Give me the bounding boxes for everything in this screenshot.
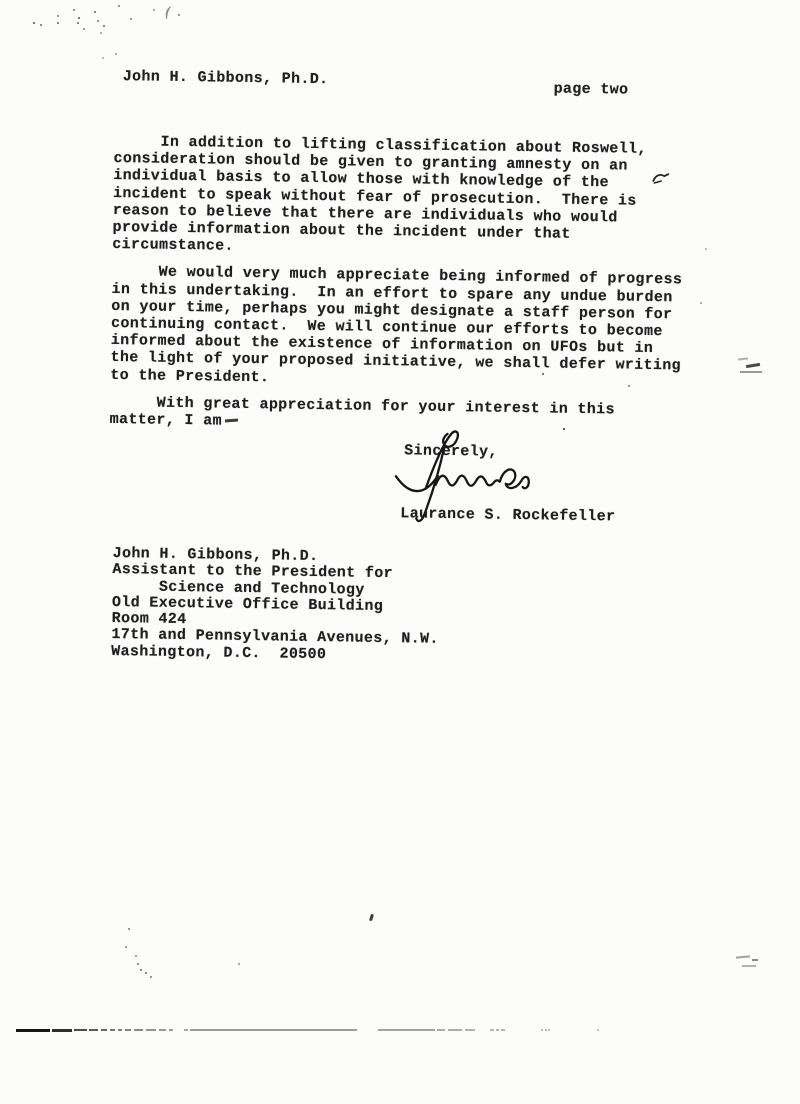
scan-line-segment (501, 1029, 505, 1031)
scan-line-segment (548, 1029, 550, 1031)
right-edge-mark (736, 955, 750, 958)
right-edge-mark (742, 965, 756, 967)
scan-line-segment (465, 1029, 475, 1031)
scan-line-segment (159, 1029, 166, 1031)
letter-content: John H. Gibbons, Ph.D. page two In addit… (108, 60, 778, 770)
scan-line-segment (597, 1029, 599, 1031)
scan-line-segment (541, 1029, 543, 1031)
scan-line-segment (110, 1029, 115, 1031)
scanned-letter-page: John H. Gibbons, Ph.D. page two In addit… (0, 0, 800, 1104)
scan-artifact-bottom-line (16, 1029, 616, 1035)
stray-apostrophe-mark (369, 914, 374, 922)
scan-line-segment (545, 1029, 547, 1031)
signatory-name: Laurance S. Rockefeller (400, 505, 615, 525)
scan-line-segment (89, 1029, 98, 1031)
scan-line-segment (101, 1029, 107, 1031)
scan-line-segment (437, 1029, 445, 1031)
paragraph: In addition to lifting classification ab… (112, 133, 714, 262)
letter-body: In addition to lifting classification ab… (110, 133, 714, 437)
recipient-address-block: John H. Gibbons, Ph.D.Assistant to the P… (111, 546, 513, 666)
scan-line-segment (146, 1029, 156, 1031)
scan-line-segment (378, 1029, 435, 1031)
scan-line-segment (184, 1029, 188, 1031)
scan-noise-speckles (0, 0, 2, 2)
header-page-number: page two (553, 80, 628, 98)
scan-line-segment (169, 1029, 173, 1031)
scan-line-segment (448, 1029, 462, 1031)
scan-line-segment (16, 1029, 50, 1032)
scan-noise-squiggle (164, 5, 175, 21)
ink-blot-mark (652, 172, 670, 184)
header-recipient-name: John H. Gibbons, Ph.D. (123, 68, 329, 88)
right-edge-mark (752, 959, 758, 961)
scan-line-segment (74, 1029, 87, 1031)
scan-line-segment (134, 1029, 143, 1031)
scan-line-segment (496, 1029, 499, 1031)
page-header: John H. Gibbons, Ph.D. page two (123, 68, 683, 96)
scan-line-segment (52, 1029, 72, 1032)
scan-line-segment (490, 1029, 494, 1031)
scan-line-segment (118, 1029, 122, 1031)
scan-line-segment (125, 1029, 131, 1031)
scan-line-segment (190, 1029, 357, 1031)
paragraph: We would very much appreciate being info… (110, 263, 712, 392)
